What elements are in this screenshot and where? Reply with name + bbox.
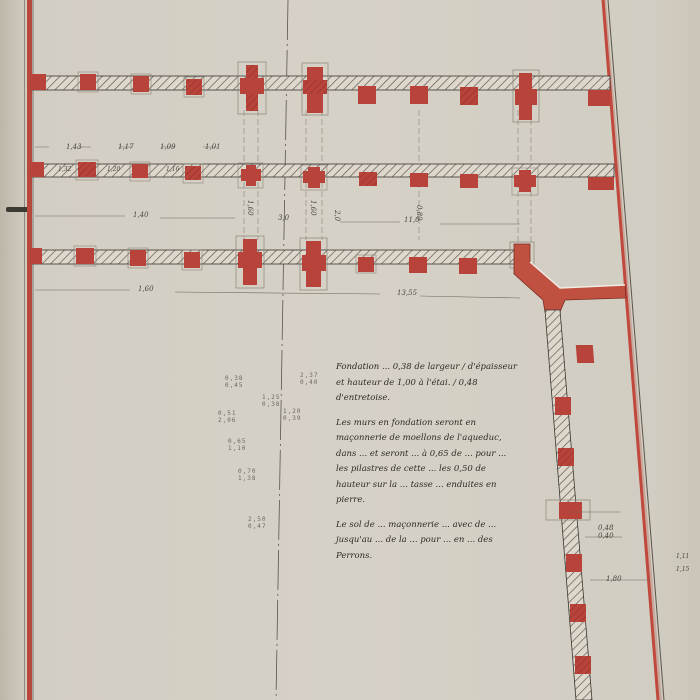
- calc-mark: 0,51 2,06: [218, 410, 236, 424]
- calc-mark: 0,38 0,45: [225, 375, 243, 389]
- dim-label: 1,60: [138, 285, 154, 293]
- dim-label: 1,16: [166, 166, 179, 173]
- dim-label: 1,17: [118, 143, 134, 151]
- dim-label: 2,0: [333, 210, 341, 221]
- dim-label: 1,40: [133, 211, 149, 219]
- calc-mark: 2,37 0,40: [300, 372, 318, 386]
- handwritten-notes: Fondation ... 0,38 de largeur / d'épaiss…: [336, 360, 521, 573]
- note-paragraph: Les murs en fondation seront en maçonner…: [336, 416, 521, 509]
- calc-mark: 0,65 1,10: [228, 438, 246, 452]
- dim-label: 0,80: [415, 205, 423, 221]
- calc-mark: 1,25 0,38: [262, 394, 280, 408]
- dim-label: 0,48: [598, 524, 614, 532]
- calc-mark: 2,50 0,47: [248, 516, 266, 530]
- note-paragraph: Fondation ... 0,38 de largeur / d'épaiss…: [336, 360, 521, 407]
- calc-mark: 1,20 0,39: [283, 408, 301, 422]
- dim-label: 1,80: [606, 575, 622, 583]
- dim-label: 1,60: [309, 200, 317, 216]
- dim-label: 1,20: [107, 166, 120, 173]
- dim-label: 3,0: [278, 214, 289, 222]
- dim-label: 1,43: [66, 143, 82, 151]
- left-wall: [27, 0, 32, 700]
- foundation-plan: [0, 0, 700, 700]
- foundation-row-3: [30, 236, 626, 312]
- dim-label: 13,55: [397, 289, 417, 297]
- note-paragraph: Le sol de ... maçonnerie ... avec de ...…: [336, 518, 521, 565]
- calc-mark: 0,70 1,38: [238, 468, 256, 482]
- foundation-right-wall: [545, 310, 594, 700]
- dim-label: 1,11: [676, 553, 689, 560]
- dim-label: 0,40: [598, 532, 614, 540]
- drawing-sheet: 1,43 1,17 1,09 1,01 1,32 1,20 1,16 1,40 …: [0, 0, 700, 700]
- dim-label: 1,60: [246, 200, 254, 216]
- dim-label: 1,01: [205, 143, 221, 151]
- foundation-row-1: [30, 62, 610, 122]
- dim-label: 1,15: [676, 566, 689, 573]
- dim-label: 1,32: [58, 166, 71, 173]
- dim-label: 1,09: [160, 143, 176, 151]
